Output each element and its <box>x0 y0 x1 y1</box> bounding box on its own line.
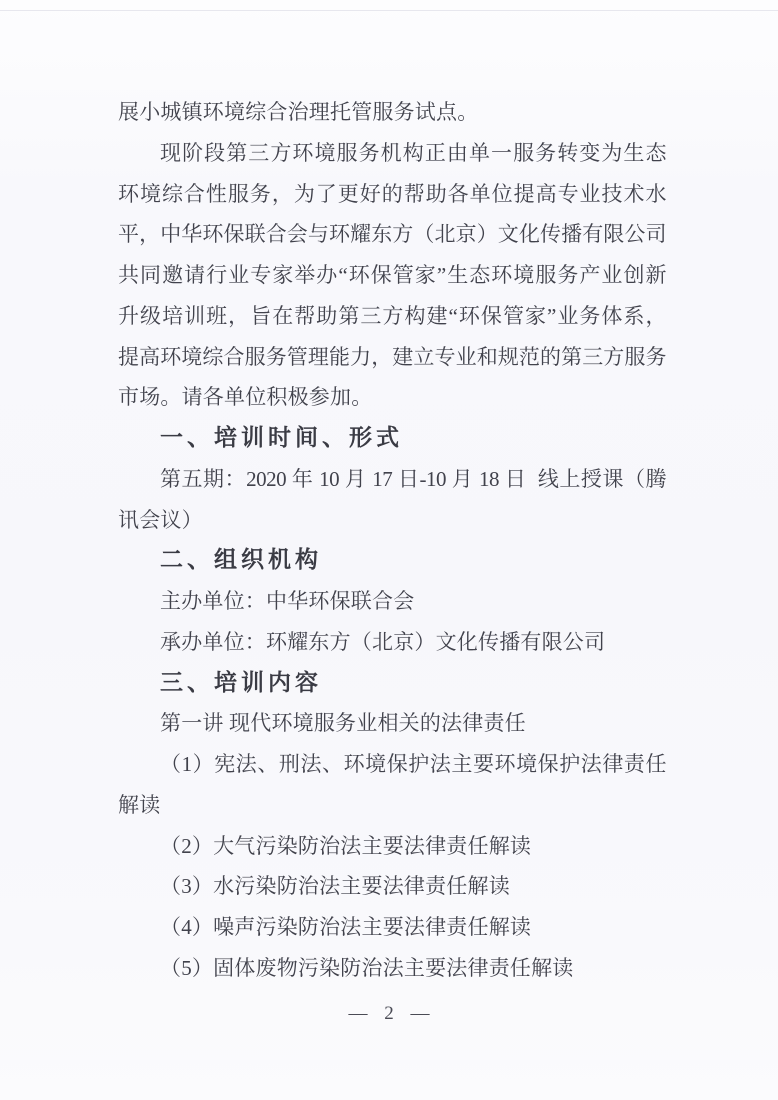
body-text-line: 讯会议） <box>118 500 666 541</box>
body-text-line: 市场。请各单位积极参加。 <box>118 377 666 418</box>
body-text-line: 解读 <box>118 785 666 826</box>
body-text-line: （1）宪法、刑法、环境保护法主要环境保护法律责任 <box>118 744 666 785</box>
section-heading-line: 二、组织机构 <box>118 540 666 581</box>
body-text-line: 现阶段第三方环境服务机构正由单一服务转变为生态 <box>118 133 666 174</box>
body-text-line: （2）大气污染防治法主要法律责任解读 <box>118 826 666 867</box>
body-text-line: （3）水污染防治法主要法律责任解读 <box>118 866 666 907</box>
body-text-line: 第五期：2020 年 10 月 17 日-10 月 18 日 线上授课（腾 <box>118 459 666 500</box>
body-text-line: 平，中华环保联合会与环耀东方（北京）文化传播有限公司 <box>118 214 666 255</box>
section-heading-line: 三、培训内容 <box>118 663 666 704</box>
body-text-line: 主办单位：中华环保联合会 <box>118 581 666 622</box>
page-number: — 2 — <box>118 1003 666 1025</box>
section-heading-line: 一、培训时间、形式 <box>118 418 666 459</box>
body-text-line: 第一讲 现代环境服务业相关的法律责任 <box>118 703 666 744</box>
document-page: 展小城镇环境综合治理托管服务试点。现阶段第三方环境服务机构正由单一服务转变为生态… <box>0 0 778 1100</box>
body-text-line: 共同邀请行业专家举办“环保管家”生态环境服务产业创新 <box>118 255 666 296</box>
body-text-line: （5）固体废物污染防治法主要法律责任解读 <box>118 948 666 989</box>
body-text-line: 展小城镇环境综合治理托管服务试点。 <box>118 92 666 133</box>
body-text-line: 承办单位：环耀东方（北京）文化传播有限公司 <box>118 622 666 663</box>
body-text-line: （4）噪声污染防治法主要法律责任解读 <box>118 907 666 948</box>
document-body: 展小城镇环境综合治理托管服务试点。现阶段第三方环境服务机构正由单一服务转变为生态… <box>118 92 666 989</box>
body-text-line: 升级培训班，旨在帮助第三方构建“环保管家”业务体系， <box>118 296 666 337</box>
body-text-line: 环境综合性服务，为了更好的帮助各单位提高专业技术水 <box>118 174 666 215</box>
body-text-line: 提高环境综合服务管理能力，建立专业和规范的第三方服务 <box>118 337 666 378</box>
